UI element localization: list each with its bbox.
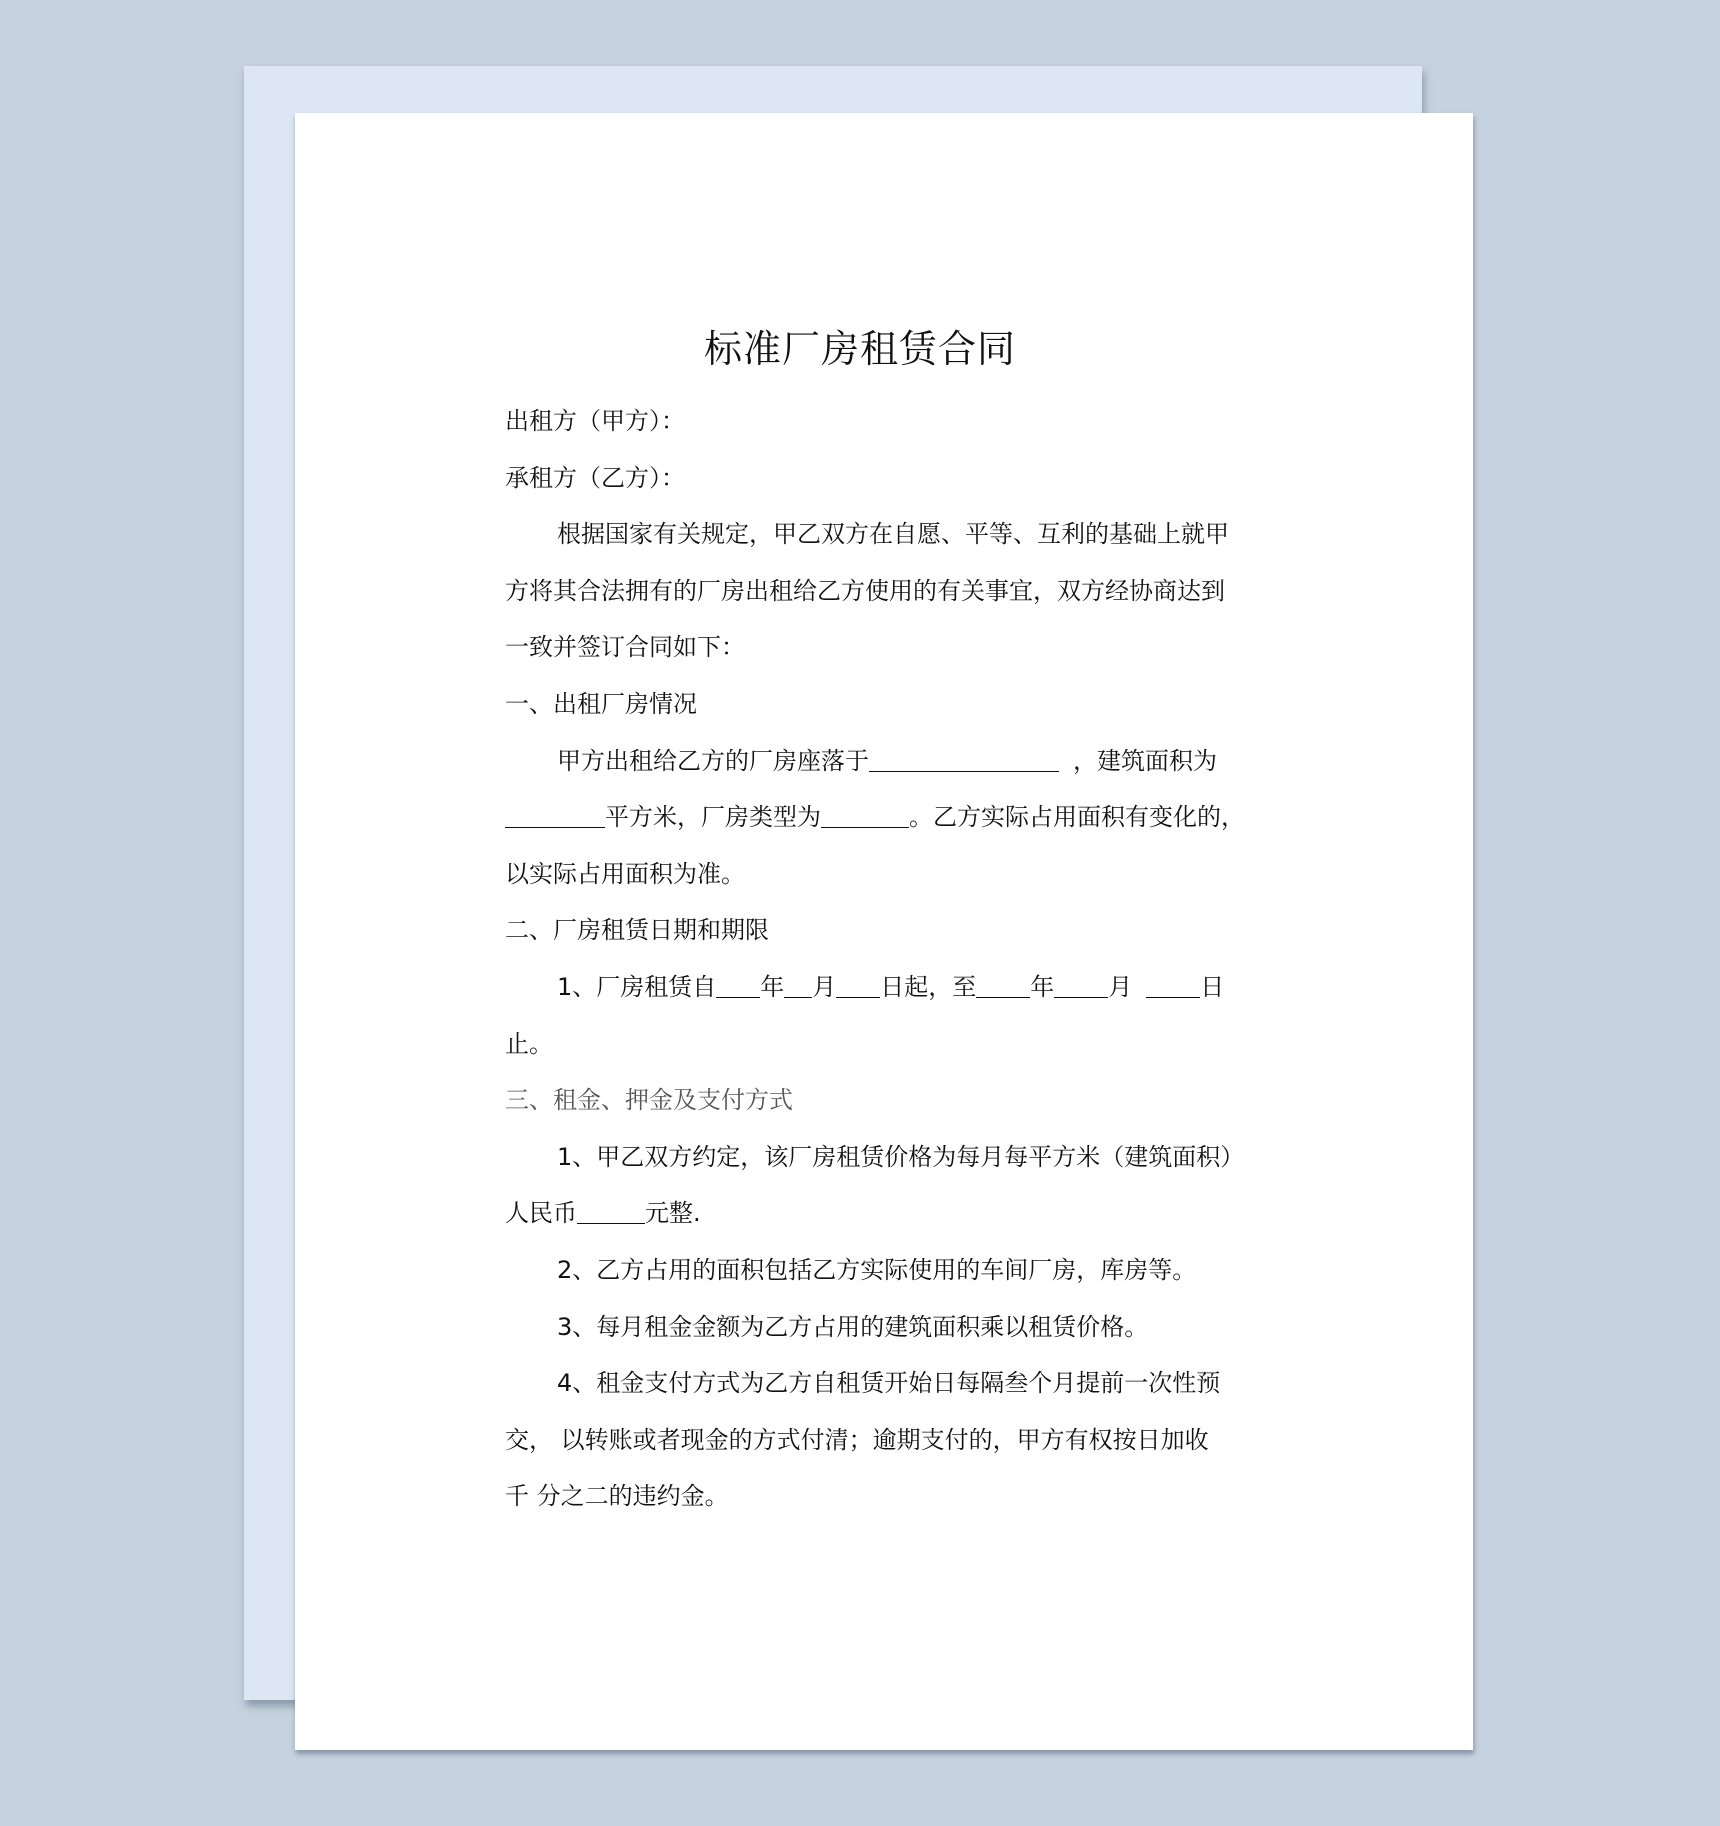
day-label: 日 xyxy=(1200,973,1224,1001)
section-2-item-1-end: 止。 xyxy=(505,1016,1260,1073)
section-2-item-1: 1、厂房租赁自年月日起，至年月日 xyxy=(505,959,1260,1016)
section-1-line-2: 平方米，厂房类型为。乙方实际占用面积有变化的， xyxy=(505,789,1260,846)
section-3-item-1-line-1: 1、甲乙双方约定，该厂房租赁价格为每月每平方米（建筑面积） xyxy=(505,1129,1260,1186)
to-month-blank[interactable] xyxy=(1054,973,1108,998)
yuan-label: 元整. xyxy=(645,1199,701,1227)
section-3-item-2: 2、乙方占用的面积包括乙方实际使用的车间厂房，库房等。 xyxy=(505,1242,1260,1299)
month-label: 月 xyxy=(1108,973,1132,1001)
preamble-line-3: 一致并签订合同如下： xyxy=(505,619,1260,676)
to-day-blank[interactable] xyxy=(1146,973,1200,998)
section-3-heading: 三、租金、押金及支付方式 xyxy=(505,1072,1260,1129)
section-1-line-1: 甲方出租给乙方的厂房座落于，建筑面积为 xyxy=(505,733,1260,790)
from-day-blank[interactable] xyxy=(836,973,880,998)
section-3-item-4-line-3: 千 分之二的违约金。 xyxy=(505,1468,1260,1525)
area-change-text: 。乙方实际占用面积有变化的， xyxy=(909,803,1245,831)
day-from-label: 日起，至 xyxy=(880,973,976,1001)
lessor-line: 出租方（甲方）： xyxy=(505,393,1260,450)
lessee-line: 承租方（乙方）： xyxy=(505,450,1260,507)
section-1-line-3: 以实际占用面积为准。 xyxy=(505,846,1260,903)
area-blank[interactable] xyxy=(505,803,605,828)
from-month-blank[interactable] xyxy=(784,973,812,998)
rmb-label: 人民币 xyxy=(505,1199,577,1227)
lease-from-label: 1、厂房租赁自 xyxy=(557,973,716,1001)
year-label: 年 xyxy=(1030,973,1054,1001)
document-title: 标准厂房租赁合同 xyxy=(0,318,1720,373)
area-label: ，建筑面积为 xyxy=(1059,747,1217,775)
section-3-item-1-line-2: 人民币元整. xyxy=(505,1185,1260,1242)
section-3-item-3: 3、每月租金金额为乙方占用的建筑面积乘以租赁价格。 xyxy=(505,1299,1260,1356)
section-3-item-4-line-2: 交， 以转账或者现金的方式付清；逾期支付的，甲方有权按日加收 xyxy=(505,1412,1260,1469)
preamble-line-1: 根据国家有关规定，甲乙双方在自愿、平等、互利的基础上就甲 xyxy=(505,506,1260,563)
location-label: 甲方出租给乙方的厂房座落于 xyxy=(557,747,869,775)
location-blank[interactable] xyxy=(869,747,1059,772)
to-year-blank[interactable] xyxy=(976,973,1030,998)
type-label: 平方米，厂房类型为 xyxy=(605,803,821,831)
preamble-line-2: 方将其合法拥有的厂房出租给乙方使用的有关事宜，双方经协商达到 xyxy=(505,563,1260,620)
month-label: 月 xyxy=(812,973,836,1001)
year-label: 年 xyxy=(760,973,784,1001)
price-blank[interactable] xyxy=(577,1199,645,1224)
document-body: 出租方（甲方）： 承租方（乙方）： 根据国家有关规定，甲乙双方在自愿、平等、互利… xyxy=(505,393,1260,1525)
section-2-heading: 二、厂房租赁日期和期限 xyxy=(505,902,1260,959)
section-1-heading: 一、出租厂房情况 xyxy=(505,676,1260,733)
from-year-blank[interactable] xyxy=(716,973,760,998)
section-3-item-4-line-1: 4、租金支付方式为乙方自租赁开始日每隔叁个月提前一次性预 xyxy=(505,1355,1260,1412)
type-blank[interactable] xyxy=(821,803,909,828)
